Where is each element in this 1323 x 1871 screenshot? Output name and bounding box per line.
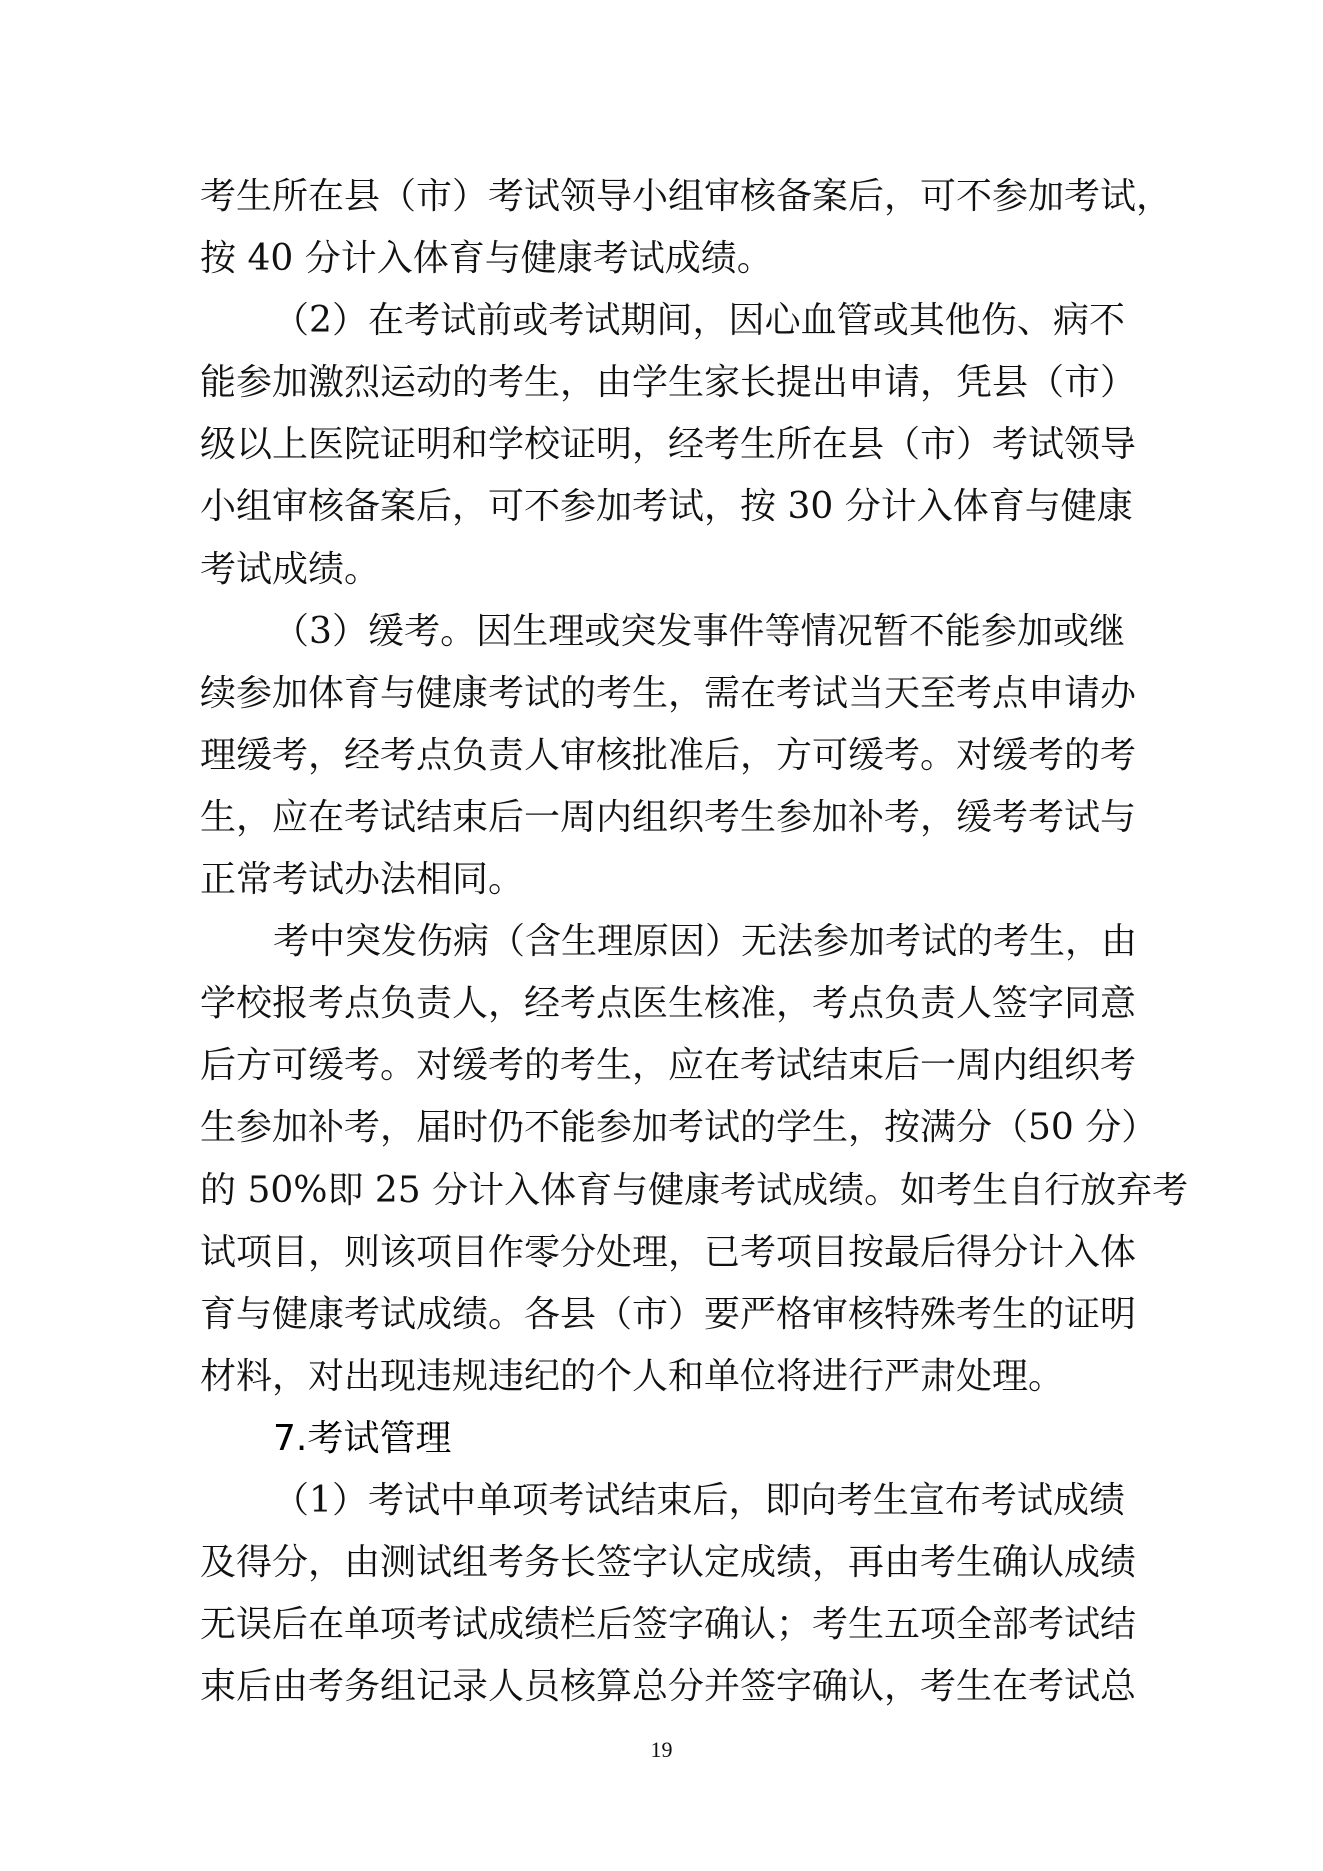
document-body: 考生所在县（市）考试领导小组审核备案后，可不参加考试， 按 40 分计入体育与健… [200,166,1125,1718]
page-number: 19 [0,1737,1323,1763]
text-line: 小组审核备案后，可不参加考试，按 30 分计入体育与健康 [200,476,1125,538]
text-line: 能参加激烈运动的考生，由学生家长提出申请，凭县（市） [200,352,1125,414]
text-line: 育与健康考试成绩。各县（市）要严格审核特殊考生的证明 [200,1284,1125,1346]
text-line: 无误后在单项考试成绩栏后签字确认；考生五项全部考试结 [200,1594,1125,1656]
paragraph-continuation: 考生所在县（市）考试领导小组审核备案后，可不参加考试， 按 40 分计入体育与健… [200,166,1125,290]
text-line: 的 50%即 25 分计入体育与健康考试成绩。如考生自行放弃考 [200,1160,1125,1222]
paragraph-injury: 考中突发伤病（含生理原因）无法参加考试的考生，由 学校报考点负责人，经考点医生核… [200,911,1125,1408]
text-line: 正常考试办法相同。 [200,849,1125,911]
text-line: 理缓考，经考点负责人审核批准后，方可缓考。对缓考的考 [200,725,1125,787]
text-line: （3）缓考。因生理或突发事件等情况暂不能参加或继 [200,601,1125,663]
paragraph-item-3: （3）缓考。因生理或突发事件等情况暂不能参加或继 续参加体育与健康考试的考生，需… [200,601,1125,911]
text-line: 及得分，由测试组考务长签字认定成绩，再由考生确认成绩 [200,1532,1125,1594]
text-line: 生参加补考，届时仍不能参加考试的学生，按满分（50 分） [200,1097,1125,1159]
text-line: 束后由考务组记录人员核算总分并签字确认，考生在考试总 [200,1656,1125,1718]
paragraph-section-7-item-1: （1）考试中单项考试结束后，即向考生宣布考试成绩 及得分，由测试组考务长签字认定… [200,1470,1125,1718]
text-line: 级以上医院证明和学校证明，经考生所在县（市）考试领导 [200,414,1125,476]
text-line: （2）在考试前或考试期间，因心血管或其他伤、病不 [200,290,1125,352]
text-line: 考中突发伤病（含生理原因）无法参加考试的考生，由 [200,911,1125,973]
text-line: 试项目，则该项目作零分处理，已考项目按最后得分计入体 [200,1222,1125,1284]
section-heading: 7.考试管理 [200,1408,1125,1470]
text-line: 考生所在县（市）考试领导小组审核备案后，可不参加考试， [200,166,1125,228]
text-line: 材料，对出现违规违纪的个人和单位将进行严肃处理。 [200,1346,1125,1408]
text-line: 后方可缓考。对缓考的考生，应在考试结束后一周内组织考 [200,1035,1125,1097]
paragraph-item-2: （2）在考试前或考试期间，因心血管或其他伤、病不 能参加激烈运动的考生，由学生家… [200,290,1125,600]
text-line: 学校报考点负责人，经考点医生核准，考点负责人签字同意 [200,973,1125,1035]
text-line: 考试成绩。 [200,539,1125,601]
text-line: 续参加体育与健康考试的考生，需在考试当天至考点申请办 [200,663,1125,725]
text-line: （1）考试中单项考试结束后，即向考生宣布考试成绩 [200,1470,1125,1532]
document-page: 考生所在县（市）考试领导小组审核备案后，可不参加考试， 按 40 分计入体育与健… [0,0,1323,1871]
text-line: 按 40 分计入体育与健康考试成绩。 [200,228,1125,290]
text-line: 生，应在考试结束后一周内组织考生参加补考，缓考考试与 [200,787,1125,849]
